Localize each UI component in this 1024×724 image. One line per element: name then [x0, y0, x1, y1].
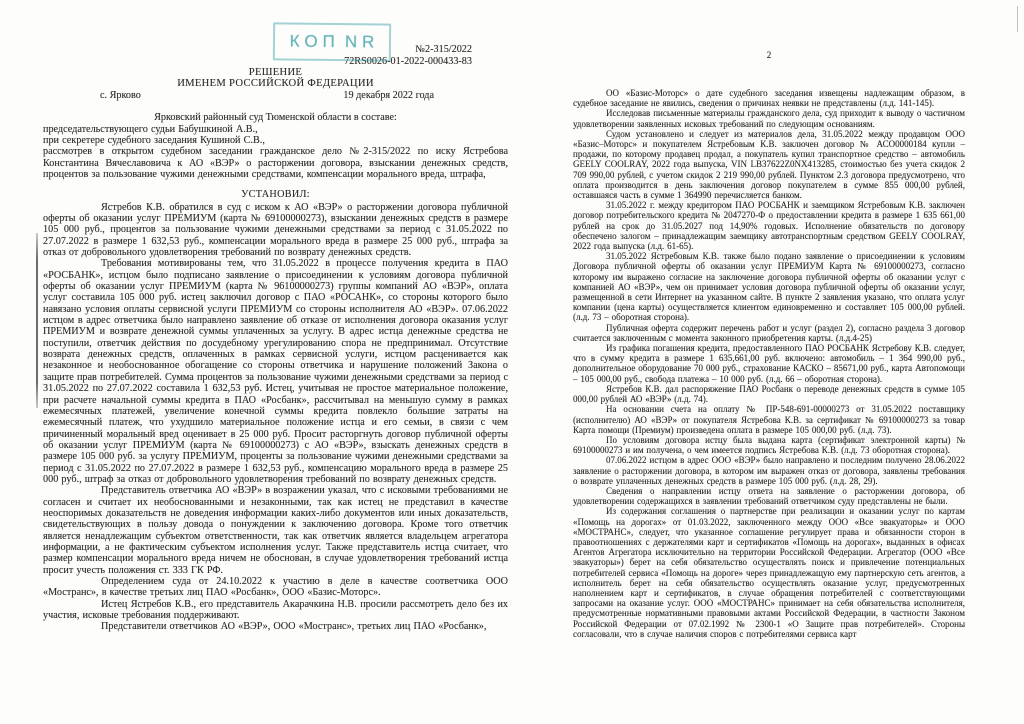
scan-artifact-line [36, 233, 38, 408]
case-uid: 72RS0026-01-2022-000433-83 [43, 56, 472, 68]
scan-edge-artifact [1017, 6, 1018, 32]
judge-line: председательствующего судьи Бабушкиной А… [43, 124, 508, 135]
paragraph: Представитель ответчика АО «ВЭР» в возра… [43, 485, 508, 576]
page-number: 2 [573, 50, 965, 60]
paragraph: 07.06.2022 истцом в адрес ООО «ВЭР» было… [573, 455, 965, 486]
paragraph: Сведения о направлении истцу ответа на з… [573, 486, 965, 506]
paragraph: По условиям договора истцу была выдана к… [573, 435, 965, 455]
decision-title: РЕШЕНИЕ [43, 67, 508, 78]
section-header-ustanovil: УСТАНОВИЛ: [43, 189, 508, 200]
paragraph: Судом установлено и следует из материало… [573, 129, 965, 200]
copy-stamp-text-mirrored-i: И [340, 36, 357, 48]
paragraph: Ястребов К.В. дал распоряжение ПАО Росба… [573, 384, 965, 404]
paragraph: 31.05.2022 г. между кредитором ПАО РОСБА… [573, 200, 965, 251]
paragraph: Требования мотивированы тем, что 31.05.2… [43, 258, 508, 485]
document-page-2: 2 ОО «Базис-Моторс» о дате судебного зас… [573, 50, 965, 639]
place-name: с. Ярково [100, 90, 141, 101]
decision-date: 19 декабря 2022 года [343, 90, 434, 101]
paragraph: ОО «Базис-Моторс» о дате судебного засед… [573, 88, 965, 108]
paragraph: На основании счета на оплату № ПР-548-69… [573, 404, 965, 435]
case-review-line: рассмотрев в открытом судебном заседании… [43, 146, 508, 180]
court-composition-header: Ярковский районный суд Тюменской области… [43, 112, 508, 123]
copy-stamp: КОПИЯ [273, 22, 391, 61]
copy-stamp-text: КОП [290, 36, 340, 48]
paragraph: Определением суда от 24.10.2022 к участи… [43, 576, 508, 599]
paragraph: Истец Ястребов К.В., его представитель А… [43, 599, 508, 622]
paragraph: Представители ответчиков АО «ВЭР», ООО «… [43, 621, 508, 632]
copy-stamp-text-mirrored-ya: Я [357, 37, 374, 49]
case-number: №2-315/2022 [43, 44, 472, 56]
paragraph: Из содержания соглашения о партнерстве п… [573, 506, 965, 639]
paragraph: 31.05.2022 Ястребовым К.В. также было по… [573, 251, 965, 322]
paragraph: Из графика погашения кредита, предоставл… [573, 343, 965, 384]
paragraph: Публичная оферта содержит перечень работ… [573, 323, 965, 343]
paragraph: Ястребов К.В. обратился в суд с иском к … [43, 202, 508, 259]
place-date-row: с. Ярково 19 декабря 2022 года [43, 90, 508, 101]
paragraph: Исследовав письменные материалы гражданс… [573, 108, 965, 128]
decision-subtitle: ИМЕНЕМ РОССИЙСКОЙ ФЕДЕРАЦИИ [43, 78, 508, 89]
secretary-line: при секретере судебного заседания Кушино… [43, 135, 508, 146]
document-page-1: КОПИЯ №2-315/2022 72RS0026-01-2022-00043… [43, 44, 508, 633]
